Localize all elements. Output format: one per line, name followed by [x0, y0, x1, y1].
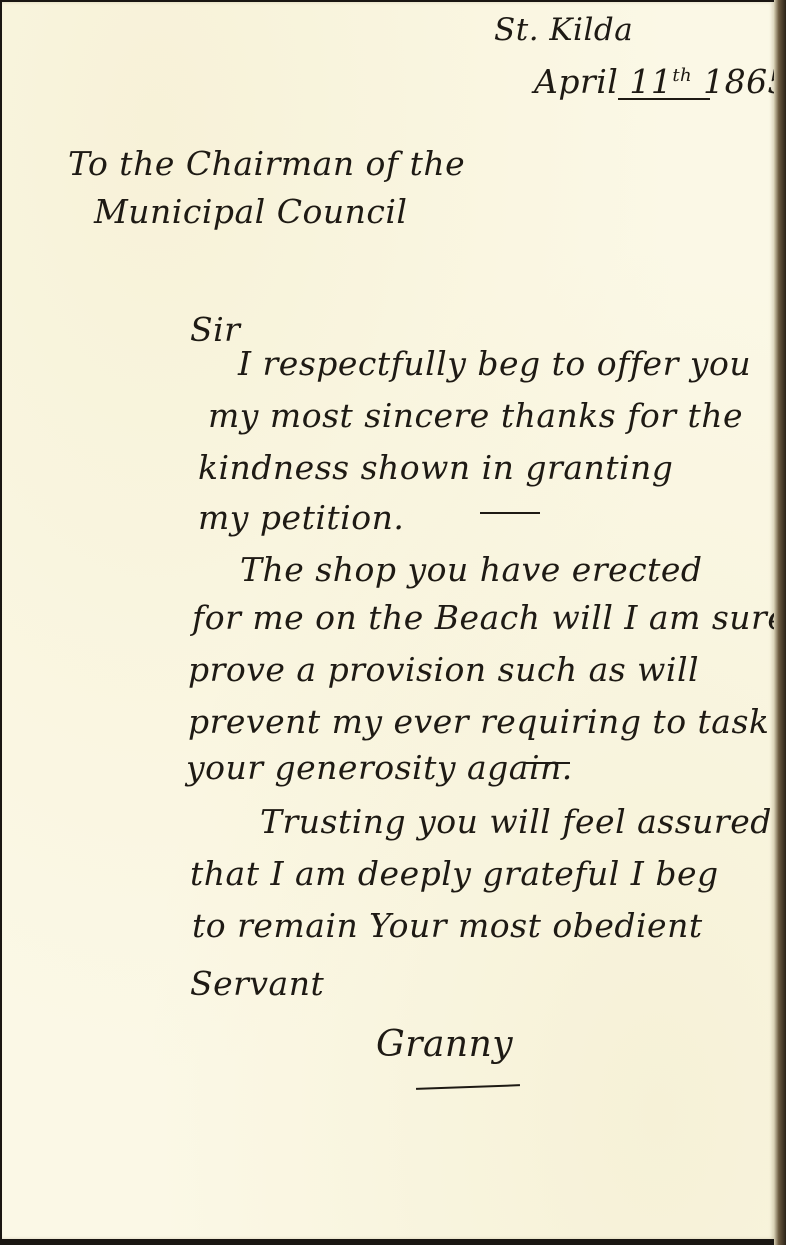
- paragraph-end-dash: [480, 512, 540, 514]
- body-line: Trusting you will feel assured: [260, 802, 772, 841]
- signature-underline: [416, 1084, 520, 1090]
- salutation: Sir: [190, 310, 240, 349]
- body-line: my most sincere thanks for the: [208, 396, 743, 435]
- addressee-line: Municipal Council: [94, 192, 407, 231]
- letter-page: St. Kilda April 11th 1865 To the Chairma…: [2, 2, 774, 1239]
- body-line: Servant: [190, 964, 324, 1003]
- date-ordinal: th: [672, 65, 692, 86]
- body-line: prove a provision such as will: [188, 650, 699, 689]
- date-month-day: April 11: [534, 62, 672, 101]
- signature: Granny: [376, 1024, 513, 1065]
- date-underline: [618, 98, 710, 100]
- letter-place: St. Kilda: [494, 12, 633, 48]
- body-line: that I am deeply grateful I beg: [190, 854, 719, 893]
- book-spine-edge: [774, 0, 786, 1245]
- body-line: to remain Your most obedient: [192, 906, 703, 945]
- body-line: The shop you have erected: [240, 550, 703, 589]
- addressee-line: To the Chairman of the: [68, 144, 465, 183]
- paragraph-end-dash: [526, 762, 570, 764]
- body-line: prevent my ever requiring to task: [188, 702, 769, 741]
- body-line: my petition.: [198, 498, 404, 537]
- body-line: for me on the Beach will I am sure: [192, 598, 786, 637]
- body-line: I respectfully beg to offer you: [238, 344, 751, 383]
- letter-date: April 11th 1865: [534, 62, 786, 101]
- body-line: kindness shown in granting: [198, 448, 673, 487]
- body-line: your generosity again.: [186, 748, 573, 787]
